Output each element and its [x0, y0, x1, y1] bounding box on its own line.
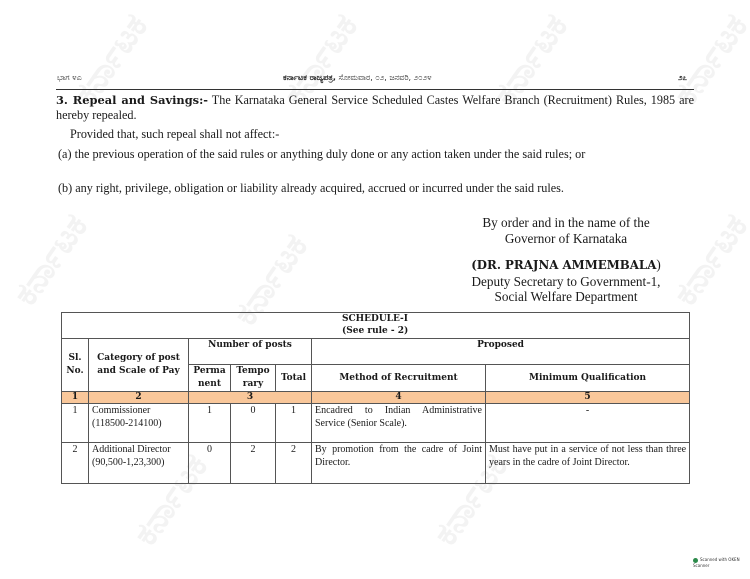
header-category: Category of post and Scale of Pay	[89, 339, 189, 392]
header-total: Total	[276, 365, 312, 392]
schedule-title: SCHEDULE-I	[342, 313, 686, 325]
column-number: 5	[486, 392, 690, 404]
repeal-section: 3. Repeal and Savings:- The Karnataka Ge…	[56, 93, 694, 123]
cell-sl: 2	[62, 443, 89, 484]
column-number: 2	[89, 392, 189, 404]
signatory-name: (DR. PRAJNA AMMEMBALA)	[440, 257, 692, 274]
header-method: Method of Recruitment	[312, 365, 486, 392]
cell-method: By promotion from the cadre of Joint Dir…	[312, 443, 486, 484]
page-header-part: ಭಾಗ ೪ಎ	[57, 73, 82, 83]
gazette-title: ಕರ್ನಾಟಕ ರಾಜ್ಯಪತ್ರ,	[283, 73, 336, 82]
header-rule	[56, 89, 694, 90]
page-header-gazette: ಕರ್ನಾಟಕ ರಾಜ್ಯಪತ್ರ, ಸೋಮವಾರ, ೦೨, ಜನವರಿ, ೨೦…	[283, 73, 432, 83]
cell-method: Encadred to Indian Administrative Servic…	[312, 404, 486, 443]
cell-sl: 1	[62, 404, 89, 443]
header-proposed: Proposed	[312, 339, 690, 365]
signature-line: Governor of Karnataka	[440, 231, 692, 247]
cell-qualification: -	[486, 404, 690, 443]
gazette-date: ಸೋಮವಾರ, ೦೨, ಜನವರಿ, ೨೦೨೪	[336, 73, 432, 82]
column-number: 1	[62, 392, 89, 404]
signatory-designation: Deputy Secretary to Government-1,	[440, 274, 692, 290]
signature-block: By order and in the name of the Governor…	[440, 215, 692, 305]
cell-temporary: 0	[231, 404, 276, 443]
cell-category: Commissioner (118500-214100)	[89, 404, 189, 443]
clause-b: (b) any right, privilege, obligation or …	[58, 181, 694, 196]
column-number: 4	[312, 392, 486, 404]
header-temporary: Tempo rary	[231, 365, 276, 392]
scanner-stamp-text: Scanned with OKEN Scanner	[693, 557, 740, 568]
signatory-department: Social Welfare Department	[440, 289, 692, 305]
header-qualification: Minimum Qualification	[486, 365, 690, 392]
scanner-stamp: Scanned with OKEN Scanner	[693, 557, 750, 568]
section-heading: 3. Repeal and Savings:-	[56, 93, 208, 107]
cell-temporary: 2	[231, 443, 276, 484]
schedule-title-cell: SCHEDULE-I (See rule - 2)	[62, 313, 690, 339]
cell-total: 2	[276, 443, 312, 484]
header-number-of-posts: Number of posts	[189, 339, 312, 365]
table-row: 1 Commissioner (118500-214100) 1 0 1 Enc…	[62, 404, 690, 443]
column-number-row: 1 2 3 4 5	[62, 392, 690, 404]
watermark: ಕರ್ನಾಟಕ	[5, 207, 96, 313]
cell-total: 1	[276, 404, 312, 443]
clause-a: (a) the previous operation of the said r…	[58, 147, 694, 162]
header-sl-no: Sl. No.	[62, 339, 89, 392]
schedule-table: SCHEDULE-I (See rule - 2) Sl. No. Catego…	[61, 312, 690, 484]
proviso: Provided that, such repeal shall not aff…	[70, 127, 670, 142]
table-row: 2 Additional Director (90,500-1,23,300) …	[62, 443, 690, 484]
signature-line: By order and in the name of the	[440, 215, 692, 231]
cell-category: Additional Director (90,500-1,23,300)	[89, 443, 189, 484]
column-number: 3	[189, 392, 312, 404]
cell-permanent: 0	[189, 443, 231, 484]
cell-qualification: Must have put in a service of not less t…	[486, 443, 690, 484]
schedule-subtitle: (See rule - 2)	[342, 325, 686, 337]
cell-permanent: 1	[189, 404, 231, 443]
header-permanent: Perma nent	[189, 365, 231, 392]
page-number: ೨೭	[678, 73, 687, 83]
